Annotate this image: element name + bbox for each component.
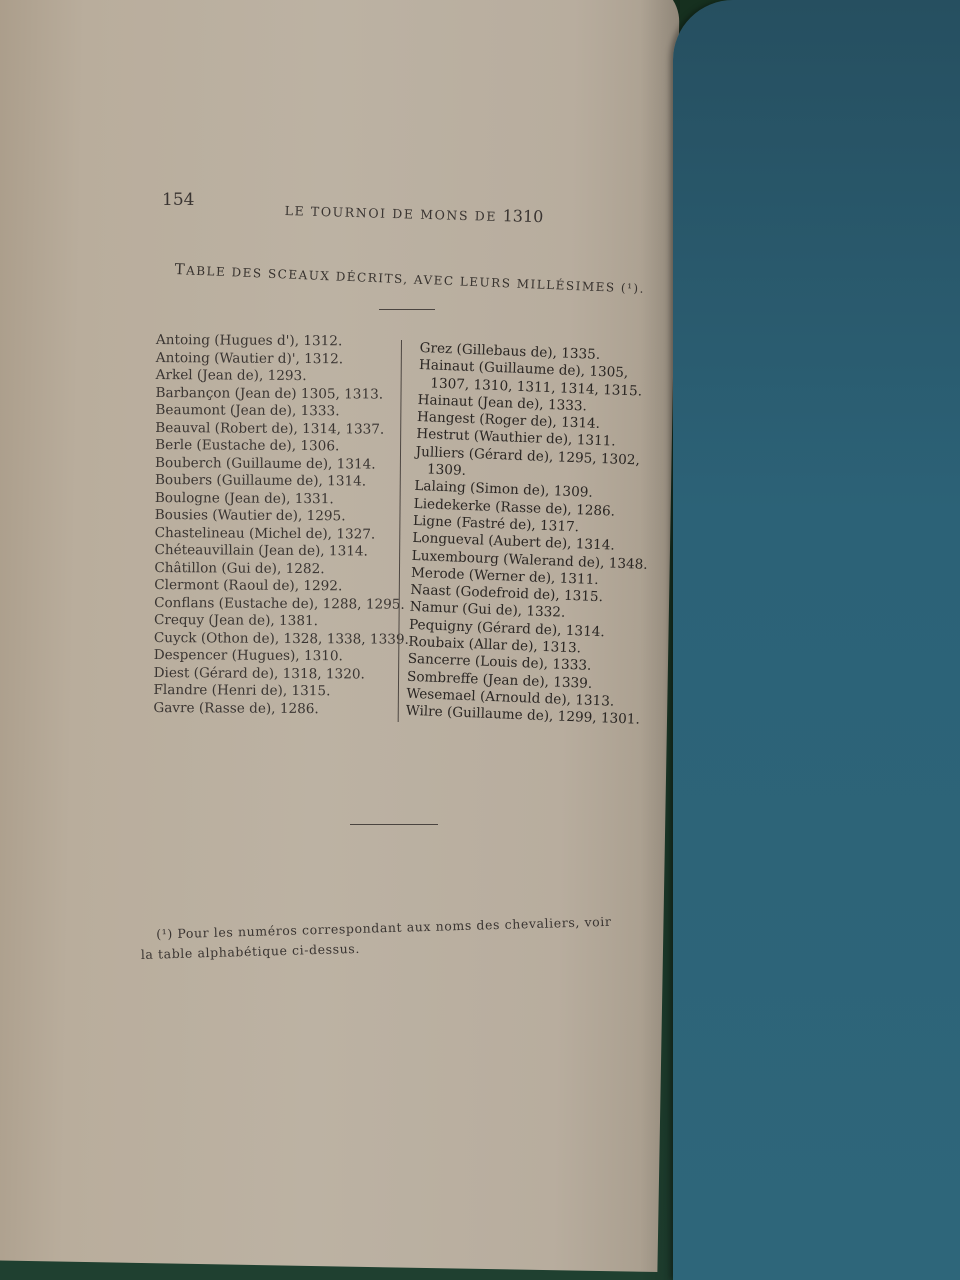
title-rule: [379, 309, 435, 310]
end-rule: [350, 824, 438, 825]
table-title-rest: ABLE DES SCEAUX DÉCRITS, AVEC LEURS MILL…: [186, 263, 616, 294]
seal-entry-text: Bouberch (Guillaume de), 1314.: [155, 454, 376, 472]
seal-entry: Conflans (Eustache de), 1288, 1295.: [154, 594, 409, 613]
page-content: 154 LE TOURNOI DE MONS DE 1310 TABLE DES…: [0, 0, 960, 1280]
seal-entry-text: Chastelineau (Michel de), 1327.: [155, 524, 376, 542]
seal-entry: Flandre (Henri de), 1315.: [153, 682, 408, 701]
seal-entry-text: Bousies (Wautier de), 1295.: [155, 507, 346, 524]
seal-entry-text: Boulogne (Jean de), 1331.: [155, 489, 334, 506]
seal-entry-text: Diest (Gérard de), 1318, 1320.: [154, 664, 365, 681]
seal-entry-text: Crequy (Jean de), 1381.: [154, 612, 318, 629]
seal-entry: Arkel (Jean de), 1293.: [156, 367, 411, 386]
seal-entry-text: Flandre (Henri de), 1315.: [153, 682, 330, 699]
footnote: (¹) Pour les numéros correspondant aux n…: [140, 911, 641, 965]
seal-entry: Cuyck (Othon de), 1328, 1338, 1339.: [154, 629, 409, 648]
seal-entry: Beaumont (Jean de), 1333.: [155, 402, 410, 421]
seal-entry-text: Antoing (Hugues d'), 1312.: [156, 332, 342, 349]
seal-entry-text: Despencer (Hugues), 1310.: [154, 647, 343, 664]
seal-entry: Antoing (Wautier d)', 1312.: [156, 349, 411, 368]
table-title: TABLE DES SCEAUX DÉCRITS, AVEC LEURS MIL…: [174, 260, 645, 297]
seal-entry-text: Arkel (Jean de), 1293.: [156, 367, 307, 384]
seal-entry-text: Barbançon (Jean de) 1305, 1313.: [156, 384, 384, 402]
seal-list-left-column: Antoing (Hugues d'), 1312.Antoing (Wauti…: [153, 332, 411, 719]
seal-entry-text: Antoing (Wautier d)', 1312.: [156, 349, 343, 366]
seal-entry: Chastelineau (Michel de), 1327.: [155, 524, 410, 543]
page-number: 154: [162, 190, 194, 210]
seal-entry: Chéteauvillain (Jean de), 1314.: [154, 542, 409, 561]
seal-entry: Diest (Gérard de), 1318, 1320.: [154, 664, 409, 683]
seal-entry-text: Boubers (Guillaume de), 1314.: [155, 472, 366, 489]
seal-entry-text: Beauval (Robert de), 1314, 1337.: [155, 419, 384, 437]
seal-entry: Boulogne (Jean de), 1331.: [155, 489, 410, 508]
table-title-footnote-ref: (¹).: [621, 281, 646, 296]
seal-entry-text: Conflans (Eustache de), 1288, 1295.: [154, 594, 405, 612]
running-head: LE TOURNOI DE MONS DE 1310: [284, 200, 543, 226]
seal-entry: Bousies (Wautier de), 1295.: [155, 507, 410, 526]
table-title-initial: T: [174, 260, 186, 278]
seal-entry: Bouberch (Guillaume de), 1314.: [155, 454, 410, 473]
seal-entry: Berle (Eustache de), 1306.: [155, 437, 410, 456]
seal-entry: Antoing (Hugues d'), 1312.: [156, 332, 411, 351]
seal-entry: Gavre (Rasse de), 1286.: [153, 699, 408, 718]
seal-list-right-column: Grez (Gillebaus de), 1335.Hainaut (Guill…: [405, 340, 656, 729]
seal-entry: Barbançon (Jean de) 1305, 1313.: [156, 384, 411, 403]
seal-entry-text: Cuyck (Othon de), 1328, 1338, 1339.: [154, 629, 409, 647]
running-head-year: 1310: [502, 206, 543, 226]
seal-entry: Clermont (Raoul de), 1292.: [154, 577, 409, 596]
seal-entry-text: Châtillon (Gui de), 1282.: [154, 559, 324, 576]
seal-entry: Châtillon (Gui de), 1282.: [154, 559, 409, 578]
seal-entry-text: Berle (Eustache de), 1306.: [155, 437, 339, 454]
seal-entry: Boubers (Guillaume de), 1314.: [155, 472, 410, 491]
running-head-text: LE TOURNOI DE MONS DE: [284, 203, 497, 224]
seal-entry-text: Clermont (Raoul de), 1292.: [154, 577, 342, 594]
seal-entry-text: Chéteauvillain (Jean de), 1314.: [154, 542, 368, 559]
seal-entry-text: Gavre (Rasse de), 1286.: [153, 699, 318, 716]
seal-entry: Despencer (Hugues), 1310.: [154, 647, 409, 666]
seal-entry: Crequy (Jean de), 1381.: [154, 612, 409, 631]
seal-entry-text: Beaumont (Jean de), 1333.: [155, 402, 339, 419]
seal-entry: Beauval (Robert de), 1314, 1337.: [155, 419, 410, 438]
